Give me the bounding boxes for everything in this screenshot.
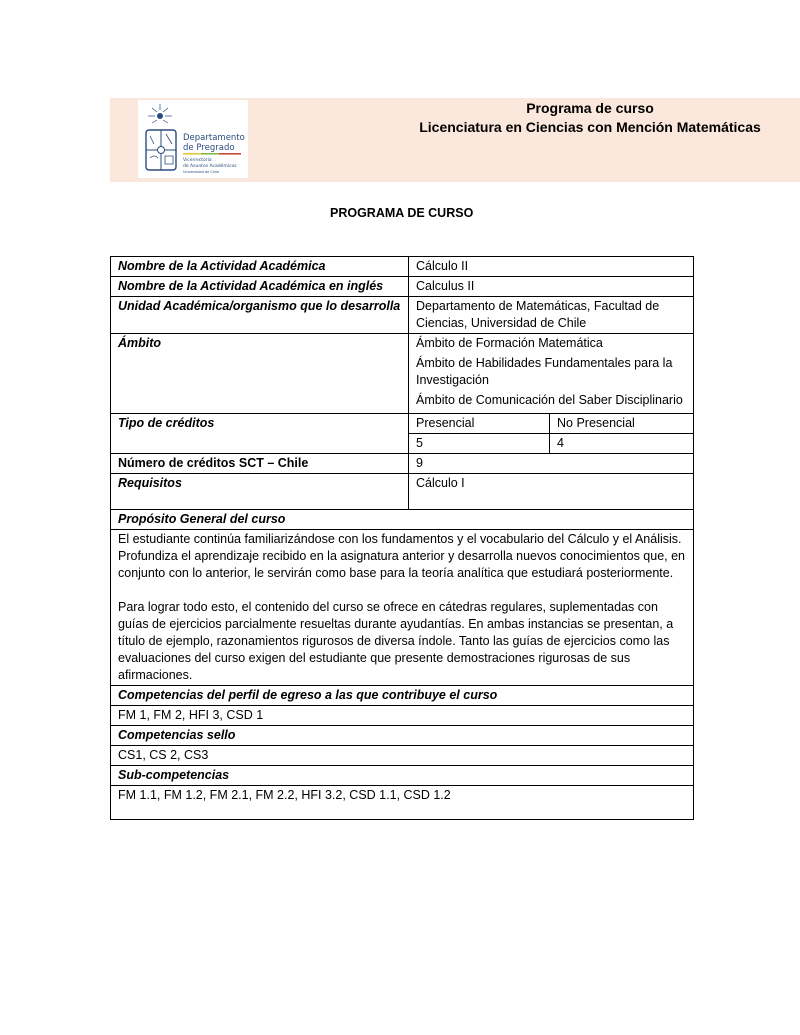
section-label: Competencias sello: [111, 726, 694, 746]
course-program-table: Nombre de la Actividad Académica Cálculo…: [110, 256, 694, 820]
table-row: Requisitos Cálculo I: [111, 474, 694, 510]
table-row: Ámbito Ámbito de Formación Matemática Ám…: [111, 334, 694, 414]
section-label: Propósito General del curso: [111, 510, 694, 530]
table-row: Competencias sello: [111, 726, 694, 746]
header-title: Programa de curso: [380, 100, 800, 116]
section-label: Competencias del perfil de egreso a las …: [111, 686, 694, 706]
table-row: Nombre de la Actividad Académica Cálculo…: [111, 257, 694, 277]
table-row: CS1, CS 2, CS3: [111, 746, 694, 766]
document-title: PROGRAMA DE CURSO: [330, 206, 473, 220]
credits-value-no-presencial: 4: [550, 434, 694, 453]
table-row: FM 1, FM 2, HFI 3, CSD 1: [111, 706, 694, 726]
university-crest-icon: Departamento de Pregrado Vicerrectoría d…: [138, 100, 248, 178]
credits-header-presencial: Presencial: [409, 414, 550, 433]
row-label: Tipo de créditos: [111, 414, 409, 454]
svg-text:de Asuntos Académicos: de Asuntos Académicos: [183, 162, 237, 169]
row-value: Departamento de Matemáticas, Facultad de…: [409, 297, 694, 334]
ambito-item: Ámbito de Formación Matemática: [416, 335, 688, 352]
svg-text:de Pregrado: de Pregrado: [183, 143, 235, 153]
table-row: FM 1.1, FM 1.2, FM 2.1, FM 2.2, HFI 3.2,…: [111, 786, 694, 820]
table-row: Unidad Académica/organismo que lo desarr…: [111, 297, 694, 334]
row-label: Número de créditos SCT – Chile: [111, 454, 409, 474]
table-row: Sub-competencias: [111, 766, 694, 786]
section-value: FM 1.1, FM 1.2, FM 2.1, FM 2.2, HFI 3.2,…: [111, 786, 694, 820]
table-row: Número de créditos SCT – Chile 9: [111, 454, 694, 474]
credits-header-no-presencial: No Presencial: [550, 414, 694, 433]
row-label: Requisitos: [111, 474, 409, 510]
header-subtitle: Licenciatura en Ciencias con Mención Mat…: [380, 119, 800, 135]
svg-text:Departamento: Departamento: [183, 133, 245, 143]
table-row: El estudiante continúa familiarizándose …: [111, 530, 694, 686]
section-label: Sub-competencias: [111, 766, 694, 786]
credits-value-cells: 5 4: [409, 434, 694, 454]
department-logo: Departamento de Pregrado Vicerrectoría d…: [138, 100, 248, 178]
svg-text:Vicerrectoría: Vicerrectoría: [183, 156, 212, 163]
row-value: Cálculo I: [409, 474, 694, 510]
paragraph: Para lograr todo esto, el contenido del …: [118, 599, 688, 684]
purpose-text: El estudiante continúa familiarizándose …: [111, 530, 694, 686]
row-label: Ámbito: [111, 334, 409, 414]
ambito-item: Ámbito de Comunicación del Saber Discipl…: [416, 392, 688, 409]
table-row: Competencias del perfil de egreso a las …: [111, 686, 694, 706]
row-label: Unidad Académica/organismo que lo desarr…: [111, 297, 409, 334]
table-row: Propósito General del curso: [111, 510, 694, 530]
section-value: CS1, CS 2, CS3: [111, 746, 694, 766]
paragraph: El estudiante continúa familiarizándose …: [118, 531, 688, 582]
section-value: FM 1, FM 2, HFI 3, CSD 1: [111, 706, 694, 726]
svg-text:Universidad de Chile: Universidad de Chile: [183, 170, 219, 174]
ambito-values: Ámbito de Formación Matemática Ámbito de…: [409, 334, 694, 414]
credits-value-presencial: 5: [409, 434, 550, 453]
row-value: 9: [409, 454, 694, 474]
table-row: Tipo de créditos Presencial No Presencia…: [111, 414, 694, 434]
table-row: Nombre de la Actividad Académica en ingl…: [111, 277, 694, 297]
row-value: Calculus II: [409, 277, 694, 297]
row-label: Nombre de la Actividad Académica en ingl…: [111, 277, 409, 297]
row-label: Nombre de la Actividad Académica: [111, 257, 409, 277]
credits-type-cells: Presencial No Presencial: [409, 414, 694, 434]
row-value: Cálculo II: [409, 257, 694, 277]
ambito-item: Ámbito de Habilidades Fundamentales para…: [416, 355, 688, 389]
